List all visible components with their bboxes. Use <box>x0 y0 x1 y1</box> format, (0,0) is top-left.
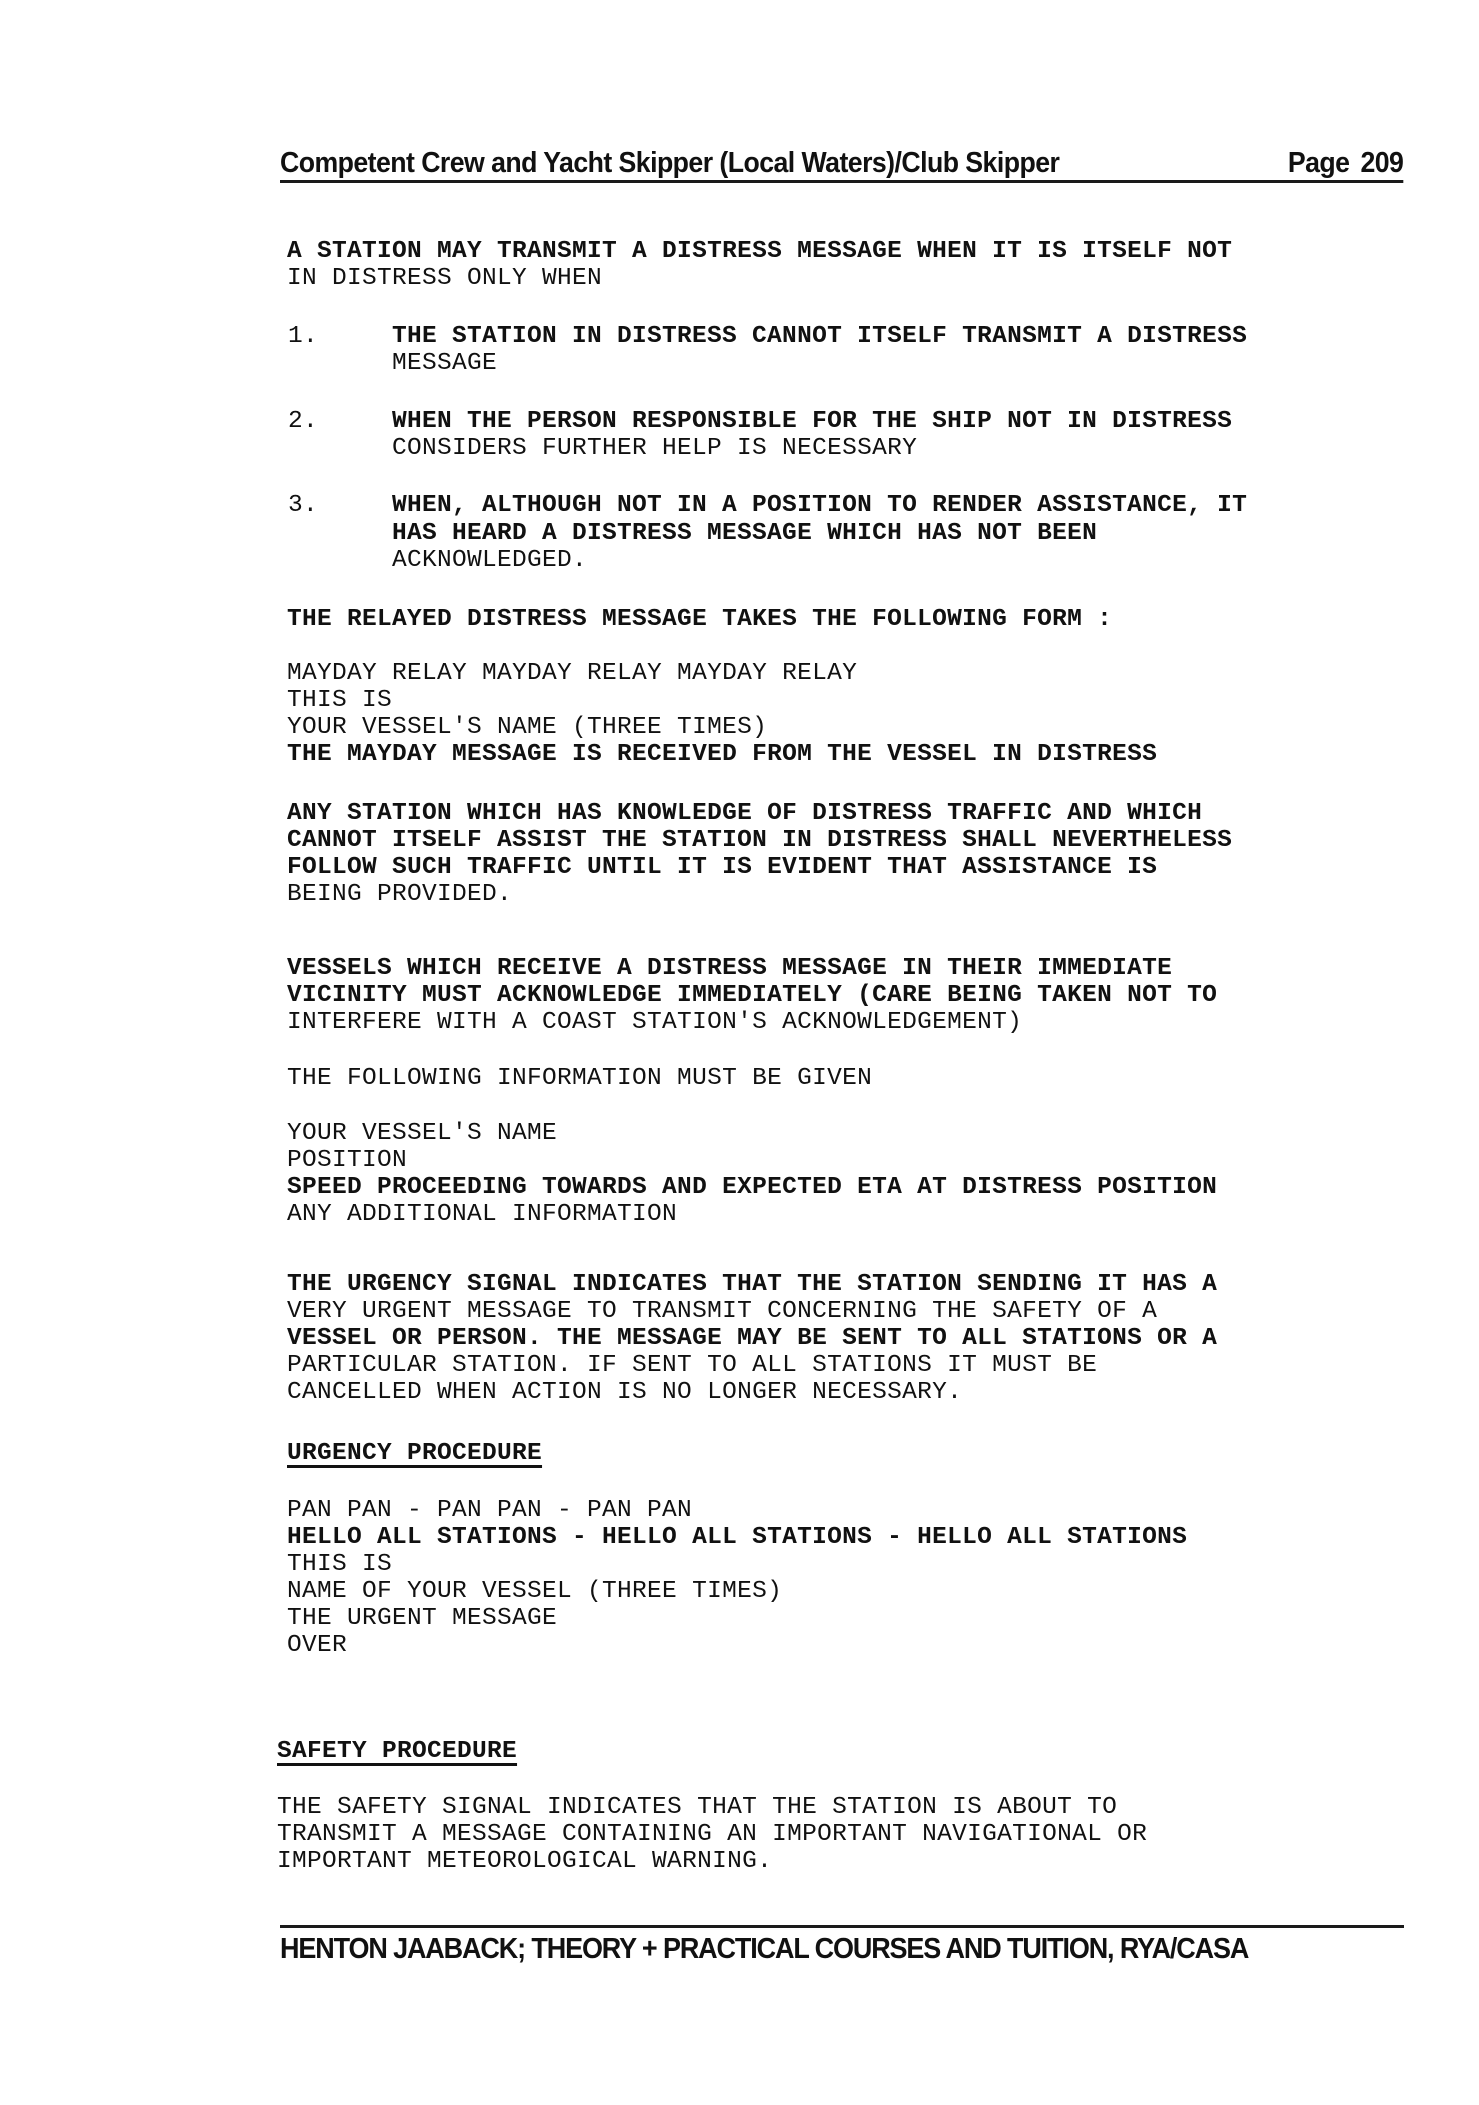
relay-form-line: MAYDAY RELAY MAYDAY RELAY MAYDAY RELAY <box>287 660 857 688</box>
list-item-text: WHEN, ALTHOUGH NOT IN A POSITION TO REND… <box>392 492 1247 520</box>
safety-procedure-heading: SAFETY PROCEDURE <box>277 1738 517 1766</box>
acknowledge-line: VICINITY MUST ACKNOWLEDGE IMMEDIATELY (C… <box>287 982 1217 1010</box>
page-number: Page209 <box>1288 146 1403 180</box>
list-number: 1. <box>288 323 318 351</box>
urgency-procedure-heading: URGENCY PROCEDURE <box>287 1440 542 1468</box>
page-label: Page <box>1288 147 1350 179</box>
info-line: POSITION <box>287 1147 407 1175</box>
urgency-description-line: VERY URGENT MESSAGE TO TRANSMIT CONCERNI… <box>287 1298 1157 1326</box>
list-item-text: MESSAGE <box>392 350 497 378</box>
list-item-text: WHEN THE PERSON RESPONSIBLE FOR THE SHIP… <box>392 408 1232 436</box>
safety-description-line: TRANSMIT A MESSAGE CONTAINING AN IMPORTA… <box>277 1821 1147 1849</box>
list-number: 2. <box>288 408 318 436</box>
page-footer: HENTON JAABACK; THEORY + PRACTICAL COURS… <box>280 1925 1404 1967</box>
list-item-text: HAS HEARD A DISTRESS MESSAGE WHICH HAS N… <box>392 520 1097 548</box>
list-item-text: CONSIDERS FURTHER HELP IS NECESSARY <box>392 435 917 463</box>
footer-text: HENTON JAABACK; THEORY + PRACTICAL COURS… <box>280 1931 1248 1967</box>
list-number: 3. <box>288 492 318 520</box>
urgency-description-line: PARTICULAR STATION. IF SENT TO ALL STATI… <box>287 1352 1097 1380</box>
info-line: ANY ADDITIONAL INFORMATION <box>287 1201 677 1229</box>
follow-traffic-line: FOLLOW SUCH TRAFFIC UNTIL IT IS EVIDENT … <box>287 854 1157 882</box>
urgency-procedure-line: OVER <box>287 1632 347 1660</box>
urgency-procedure-line: PAN PAN - PAN PAN - PAN PAN <box>287 1497 692 1525</box>
follow-traffic-line: CANNOT ITSELF ASSIST THE STATION IN DIST… <box>287 827 1232 855</box>
safety-description-line: IMPORTANT METEOROLOGICAL WARNING. <box>277 1848 772 1876</box>
relay-form-intro: THE RELAYED DISTRESS MESSAGE TAKES THE F… <box>287 606 1112 634</box>
follow-traffic-line: ANY STATION WHICH HAS KNOWLEDGE OF DISTR… <box>287 800 1202 828</box>
urgency-procedure-line: THIS IS <box>287 1551 392 1579</box>
list-item-text: ACKNOWLEDGED. <box>392 547 587 575</box>
relay-intro-line-1: A STATION MAY TRANSMIT A DISTRESS MESSAG… <box>287 238 1232 266</box>
urgency-procedure-line: NAME OF YOUR VESSEL (THREE TIMES) <box>287 1578 782 1606</box>
safety-description-line: THE SAFETY SIGNAL INDICATES THAT THE STA… <box>277 1794 1117 1822</box>
relay-form-line: THIS IS <box>287 687 392 715</box>
acknowledge-line: VESSELS WHICH RECEIVE A DISTRESS MESSAGE… <box>287 955 1172 983</box>
list-item-text: THE STATION IN DISTRESS CANNOT ITSELF TR… <box>392 323 1247 351</box>
page-number-value: 209 <box>1360 147 1403 179</box>
relay-intro-line-2: IN DISTRESS ONLY WHEN <box>287 265 602 293</box>
follow-traffic-line: BEING PROVIDED. <box>287 881 512 909</box>
info-line: SPEED PROCEEDING TOWARDS AND EXPECTED ET… <box>287 1174 1217 1202</box>
document-title: Competent Crew and Yacht Skipper (Local … <box>280 146 1059 180</box>
urgency-description-line: CANCELLED WHEN ACTION IS NO LONGER NECES… <box>287 1379 962 1407</box>
urgency-procedure-line: HELLO ALL STATIONS - HELLO ALL STATIONS … <box>287 1524 1187 1552</box>
relay-form-line: THE MAYDAY MESSAGE IS RECEIVED FROM THE … <box>287 741 1157 769</box>
urgency-description-line: THE URGENCY SIGNAL INDICATES THAT THE ST… <box>287 1271 1217 1299</box>
info-line: YOUR VESSEL'S NAME <box>287 1120 557 1148</box>
acknowledge-line: INTERFERE WITH A COAST STATION'S ACKNOWL… <box>287 1009 1022 1037</box>
urgency-procedure-line: THE URGENT MESSAGE <box>287 1605 557 1633</box>
info-intro: THE FOLLOWING INFORMATION MUST BE GIVEN <box>287 1065 872 1093</box>
relay-form-line: YOUR VESSEL'S NAME (THREE TIMES) <box>287 714 767 742</box>
page-header: Competent Crew and Yacht Skipper (Local … <box>280 140 1403 183</box>
urgency-description-line: VESSEL OR PERSON. THE MESSAGE MAY BE SEN… <box>287 1325 1217 1353</box>
